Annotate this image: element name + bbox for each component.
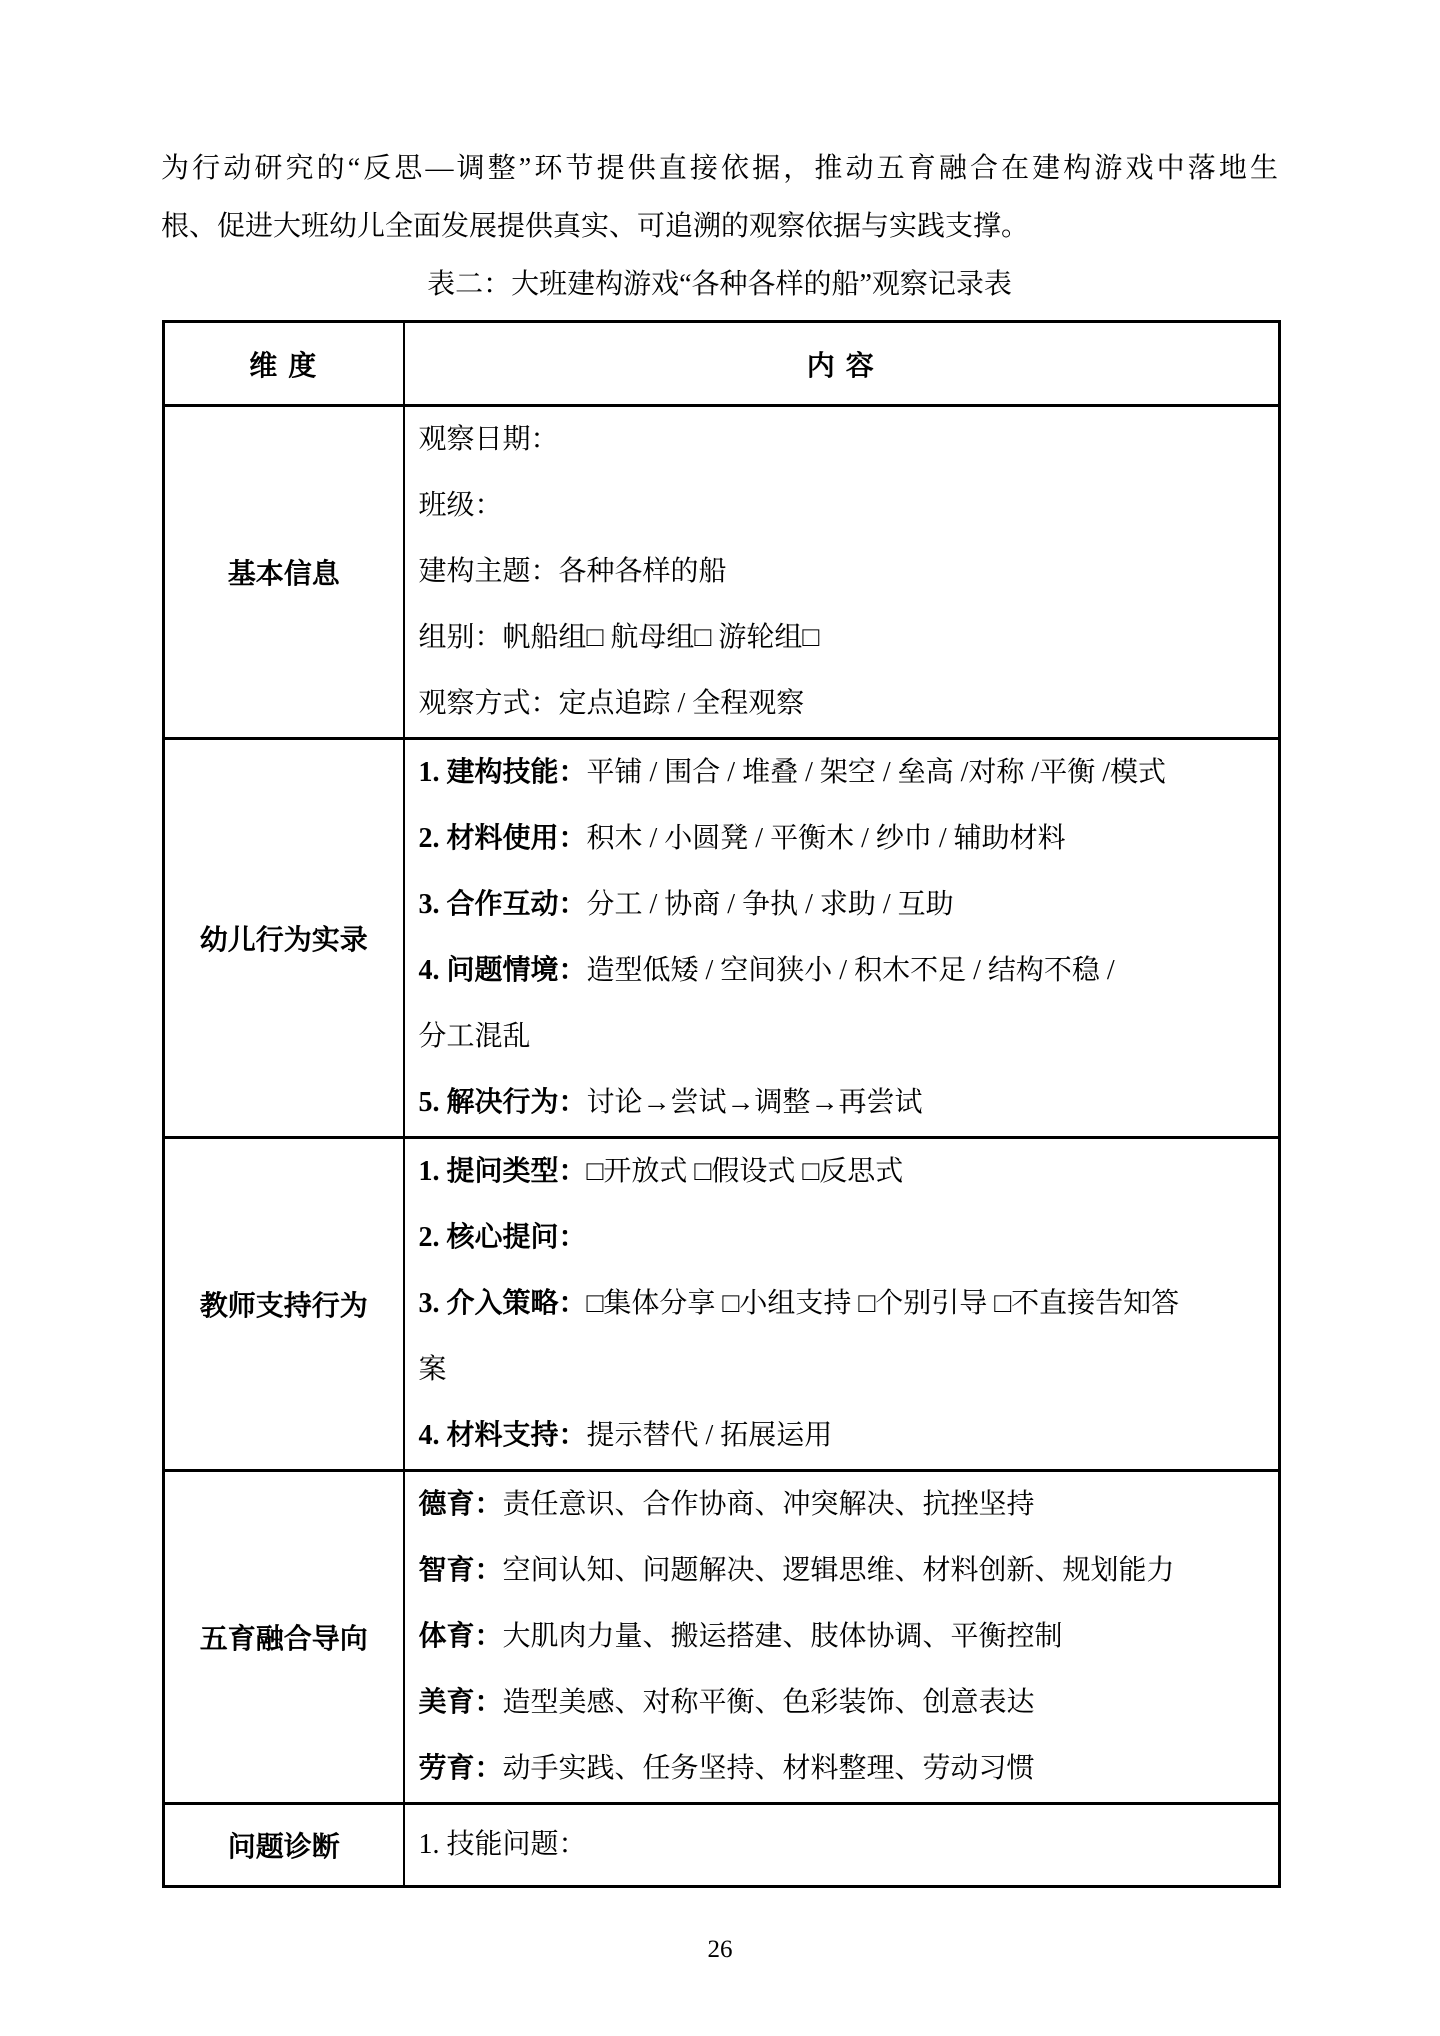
field-label: 1. 提问类型： xyxy=(419,1156,587,1187)
cell-line: 班级： xyxy=(419,473,1279,539)
field-label: 劳育： xyxy=(419,1753,503,1784)
table-title: 表二：大班建构游戏“各种各样的船”观察记录表 xyxy=(161,256,1278,314)
cell-line: 3. 合作互动：分工 / 协商 / 争执 / 求助 / 互助 xyxy=(419,872,1279,938)
field-value: 大肌肉力量、搬运搭建、肢体协调、平衡控制 xyxy=(503,1621,1063,1652)
row-content-cell: 观察日期： 班级： 建构主题：各种各样的船 组别：帆船组□ 航母组□ 游轮组□ … xyxy=(404,406,1280,739)
cell-line: 1. 提问类型：□开放式 □假设式 □反思式 xyxy=(419,1139,1279,1205)
cell-line: 建构主题：各种各样的船 xyxy=(419,539,1279,605)
field-label: 美育： xyxy=(419,1687,503,1718)
cell-line: 4. 材料支持：提示替代 / 拓展运用 xyxy=(419,1403,1279,1469)
field-value: 积木 / 小圆凳 / 平衡木 / 纱巾 / 辅助材料 xyxy=(587,823,1066,854)
table-row-five-education: 五育融合导向 德育：责任意识、合作协商、冲突解决、抗挫坚持 智育：空间认知、问题… xyxy=(164,1471,1280,1804)
table-row-child-behavior: 幼儿行为实录 1. 建构技能：平铺 / 围合 / 堆叠 / 架空 / 垒高 /对… xyxy=(164,739,1280,1138)
cell-line: 观察方式：定点追踪 / 全程观察 xyxy=(419,671,1279,737)
row-content-cell: 1. 提问类型：□开放式 □假设式 □反思式 2. 核心提问： 3. 介入策略：… xyxy=(404,1138,1280,1471)
field-label: 智育： xyxy=(419,1555,503,1586)
row-dimension-label: 幼儿行为实录 xyxy=(164,739,404,1138)
observation-record-table: 维 度 内 容 基本信息 观察日期： 班级： 建构主题：各种各样的船 组别：帆船… xyxy=(162,320,1281,1888)
field-value: 空间认知、问题解决、逻辑思维、材料创新、规划能力 xyxy=(503,1555,1175,1586)
row-content-cell: 1. 建构技能：平铺 / 围合 / 堆叠 / 架空 / 垒高 /对称 /平衡 /… xyxy=(404,739,1280,1138)
cell-line: 案 xyxy=(419,1337,1279,1403)
cell-line: 1. 技能问题： xyxy=(419,1812,1279,1878)
field-label: 4. 材料支持： xyxy=(419,1420,587,1451)
field-value: 观察日期： xyxy=(419,424,559,455)
table-header-row: 维 度 内 容 xyxy=(164,322,1280,406)
table-row-basic-info: 基本信息 观察日期： 班级： 建构主题：各种各样的船 组别：帆船组□ 航母组□ … xyxy=(164,406,1280,739)
col-header-dimension: 维 度 xyxy=(164,322,404,406)
field-label: 2. 核心提问： xyxy=(419,1222,587,1253)
row-dimension-label: 基本信息 xyxy=(164,406,404,739)
paragraph-line: 根、促进大班幼儿全面发展提供真实、可追溯的观察依据与实践支撑。 xyxy=(161,198,1278,256)
cell-line: 3. 介入策略：□集体分享 □小组支持 □个别引导 □不直接告知答 xyxy=(419,1271,1279,1337)
col-header-content: 内 容 xyxy=(404,322,1280,406)
page-number: 26 xyxy=(0,1928,1440,1972)
field-value: 分工 / 协商 / 争执 / 求助 / 互助 xyxy=(587,889,954,920)
field-value: □开放式 □假设式 □反思式 xyxy=(587,1156,904,1187)
row-dimension-label: 教师支持行为 xyxy=(164,1138,404,1471)
field-value: 建构主题：各种各样的船 xyxy=(419,556,727,587)
cell-line: 2. 材料使用：积木 / 小圆凳 / 平衡木 / 纱巾 / 辅助材料 xyxy=(419,806,1279,872)
field-value: 提示替代 / 拓展运用 xyxy=(587,1420,833,1451)
cell-line: 1. 建构技能：平铺 / 围合 / 堆叠 / 架空 / 垒高 /对称 /平衡 /… xyxy=(419,740,1279,806)
field-value: 分工混乱 xyxy=(419,1021,531,1052)
field-label: 5. 解决行为： xyxy=(419,1087,587,1118)
field-value: 平铺 / 围合 / 堆叠 / 架空 / 垒高 /对称 /平衡 /模式 xyxy=(587,757,1166,788)
cell-line: 观察日期： xyxy=(419,407,1279,473)
cell-line: 劳育：动手实践、任务坚持、材料整理、劳动习惯 xyxy=(419,1736,1279,1802)
field-label: 体育： xyxy=(419,1621,503,1652)
field-value: 讨论→尝试→调整→再尝试 xyxy=(587,1087,923,1118)
cell-line: 组别：帆船组□ 航母组□ 游轮组□ xyxy=(419,605,1279,671)
table-row-problem-diagnosis: 问题诊断 1. 技能问题： xyxy=(164,1804,1280,1887)
field-label: 3. 合作互动： xyxy=(419,889,587,920)
paragraph-line: 为行动研究的“反思—调整”环节提供直接依据，推动五育融合在建构游戏中落地生 xyxy=(161,140,1278,198)
cell-line: 4. 问题情境：造型低矮 / 空间狭小 / 积木不足 / 结构不稳 / xyxy=(419,938,1279,1004)
field-label: 3. 介入策略： xyxy=(419,1288,587,1319)
cell-line: 2. 核心提问： xyxy=(419,1205,1279,1271)
cell-line: 德育：责任意识、合作协商、冲突解决、抗挫坚持 xyxy=(419,1472,1279,1538)
cell-line: 分工混乱 xyxy=(419,1004,1279,1070)
table-row-teacher-support: 教师支持行为 1. 提问类型：□开放式 □假设式 □反思式 2. 核心提问： 3… xyxy=(164,1138,1280,1471)
field-label: 1. 建构技能： xyxy=(419,757,587,788)
row-dimension-label: 问题诊断 xyxy=(164,1804,404,1887)
field-value: 1. 技能问题： xyxy=(419,1829,587,1860)
field-value: 案 xyxy=(419,1354,447,1385)
field-label: 2. 材料使用： xyxy=(419,823,587,854)
row-dimension-label: 五育融合导向 xyxy=(164,1471,404,1804)
field-value: 观察方式：定点追踪 / 全程观察 xyxy=(419,688,805,719)
field-value: □集体分享 □小组支持 □个别引导 □不直接告知答 xyxy=(587,1288,1180,1319)
document-page: 为行动研究的“反思—调整”环节提供直接依据，推动五育融合在建构游戏中落地生 根、… xyxy=(0,0,1440,2036)
row-content-cell: 德育：责任意识、合作协商、冲突解决、抗挫坚持 智育：空间认知、问题解决、逻辑思维… xyxy=(404,1471,1280,1804)
row-content-cell: 1. 技能问题： xyxy=(404,1804,1280,1887)
cell-line: 美育：造型美感、对称平衡、色彩装饰、创意表达 xyxy=(419,1670,1279,1736)
field-value: 造型美感、对称平衡、色彩装饰、创意表达 xyxy=(503,1687,1035,1718)
field-value: 班级： xyxy=(419,490,503,521)
body-paragraph: 为行动研究的“反思—调整”环节提供直接依据，推动五育融合在建构游戏中落地生 根、… xyxy=(161,140,1278,256)
field-label: 4. 问题情境： xyxy=(419,955,587,986)
field-value: 动手实践、任务坚持、材料整理、劳动习惯 xyxy=(503,1753,1035,1784)
cell-line: 5. 解决行为：讨论→尝试→调整→再尝试 xyxy=(419,1070,1279,1136)
field-value: 造型低矮 / 空间狭小 / 积木不足 / 结构不稳 / xyxy=(587,955,1115,986)
cell-line: 智育：空间认知、问题解决、逻辑思维、材料创新、规划能力 xyxy=(419,1538,1279,1604)
field-value: 责任意识、合作协商、冲突解决、抗挫坚持 xyxy=(503,1489,1035,1520)
field-value: 组别：帆船组□ 航母组□ 游轮组□ xyxy=(419,622,820,653)
field-label: 德育： xyxy=(419,1489,503,1520)
cell-line: 体育：大肌肉力量、搬运搭建、肢体协调、平衡控制 xyxy=(419,1604,1279,1670)
